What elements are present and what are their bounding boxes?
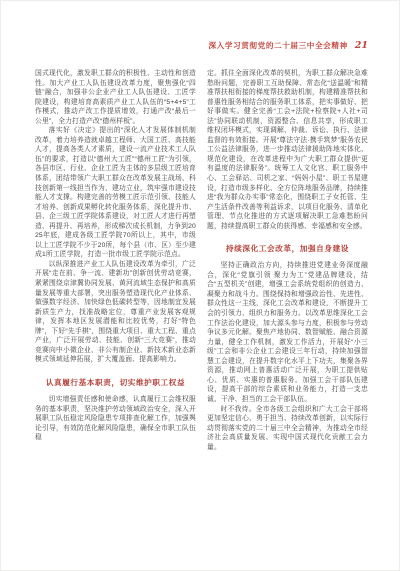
body-paragraph: 落实好《决定》提出的“深化人才发展体制机制改革，着力培养造就卓越工程师、大国工匠… — [35, 126, 196, 260]
left-column: 国式现代化，激发职工群众的积极性、主动性和创造性。加大产业工人队伍建设改革力度，… — [35, 69, 196, 452]
page-header: 深入学习贯彻党的二十届三中全会精神21 — [35, 35, 368, 53]
section-heading-duties: 认真履行基本职责，切实维护职工权益 — [35, 377, 196, 388]
body-paragraph: 切实增强责任感和使命感，认真履行工会维权服务的基本职责，坚决维护劳动领域政治安全… — [35, 395, 196, 443]
body-paragraph: 以纵深推进产业工人队伍建设改革为牵引，广泛开展“走在前、争一流、建新功”创新创优… — [35, 260, 196, 365]
page-number: 21 — [355, 40, 368, 51]
body-paragraph: 定。抓住全面深化改革的契机，为职工群众解决急难愁盼问题，完善职工互助保障、常态化… — [207, 69, 368, 231]
body-paragraph: 时不我待。全市各级工会组织和广大工会干部将更加坚定信心、勇于担当、持续改革创新，… — [207, 405, 368, 453]
document-page: 深入学习贯彻党的二十届三中全会精神21 国式现代化，激发职工群众的积极性、主动性… — [0, 0, 400, 571]
body-paragraph: 国式现代化，激发职工群众的积极性、主动性和创造性。加大产业工人队伍建设改革力度，… — [35, 69, 196, 126]
section-heading-reform: 持续深化工会改革，加强自身建设 — [207, 243, 368, 254]
text-columns: 国式现代化，激发职工群众的积极性、主动性和创造性。加大产业工人队伍建设改革力度，… — [35, 69, 368, 452]
body-paragraph: 坚持正确政治方向，持续推进党建业务深度融合，深化“党旗引领 聚力为工”党建品牌建… — [207, 261, 368, 404]
header-title: 深入学习贯彻党的二十届三中全会精神 — [208, 41, 347, 50]
right-column: 定。抓住全面深化改革的契机，为职工群众解决急难愁盼问题，完善职工互助保障、常态化… — [207, 69, 368, 452]
